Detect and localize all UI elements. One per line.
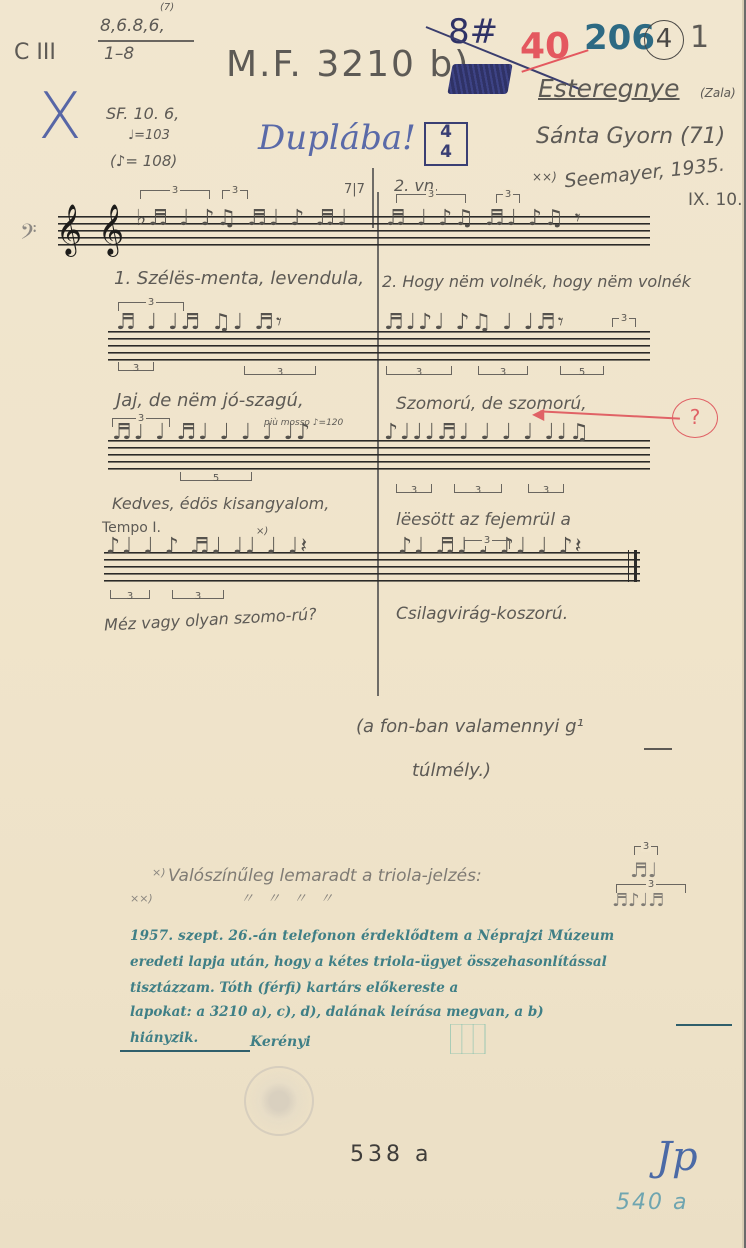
rest-marks: 7|7 bbox=[344, 182, 365, 197]
footnote-marker-double: ××) bbox=[532, 170, 557, 184]
triplet-bracket: 3 bbox=[634, 846, 658, 855]
faded-stamp-mark bbox=[450, 1024, 486, 1054]
teal-note-line-2: eredeti lapja után, hogy a kétes triola-… bbox=[130, 954, 607, 970]
final-barline bbox=[634, 550, 637, 582]
triplet-bracket: 3 bbox=[612, 318, 636, 327]
trailing-number: 1 bbox=[690, 20, 709, 55]
collection-date: IX. 10. bbox=[688, 190, 743, 210]
lyrics-line-3-right: lëesött az fejemrül a bbox=[396, 510, 571, 530]
fon-note-line-1: (a fon-ban valamennyi g¹ bbox=[356, 716, 584, 737]
lyrics-line-2-left: Jaj, de nëm jó-szagú, bbox=[116, 390, 304, 411]
triplet-bracket: 3 bbox=[222, 190, 248, 199]
notes-measure-6: ♪♩♩♩♬♩ ♩ ♩ ♩ ♩♩♫ bbox=[384, 420, 591, 445]
time-signature-bottom: 4 bbox=[426, 142, 466, 162]
bass-clef-sketch: 𝄢 bbox=[20, 220, 37, 251]
teal-note-line-1: 1957. szept. 26.-án telefonon érdeklődte… bbox=[130, 928, 614, 944]
fon-note-line-2: túlmély.) bbox=[412, 760, 491, 781]
collector: Seemayer, 1935. bbox=[563, 154, 725, 193]
triplet-bracket: 3 bbox=[396, 194, 466, 203]
crossed-red-number: 40 bbox=[520, 26, 570, 67]
duplabra-instruction: Duplába! bbox=[258, 118, 416, 158]
notes-measure-2: ♬ ♩ ♪♫ ♬♩ ♪♫ 𝄾 bbox=[386, 206, 583, 231]
quintuplet-bracket: 5 bbox=[180, 472, 252, 481]
treble-clef-icon: 𝄞 bbox=[98, 208, 124, 252]
teal-page-number: 540 a bbox=[616, 1190, 688, 1215]
blue-initials: Jp bbox=[656, 1134, 698, 1180]
red-question-circle: ? bbox=[672, 398, 718, 438]
triplet-bracket: 3 bbox=[110, 590, 150, 599]
quintuplet-bracket: 5 bbox=[560, 366, 604, 375]
triplet-bracket: 3 bbox=[528, 484, 564, 493]
triplet-bracket: 3 bbox=[118, 302, 184, 311]
triplet-bracket: 3 bbox=[616, 884, 686, 893]
scribbled-out-number bbox=[447, 64, 512, 94]
footnote-2-mark: ××) bbox=[130, 892, 153, 905]
lyrics-line-1-right: 2. Hogy nëm volnék, hogy nëm volnék bbox=[382, 272, 691, 291]
lyrics-line-1-left: 1. Szélës-menta, levendula, bbox=[114, 268, 364, 289]
triplet-bracket: 3 bbox=[112, 418, 170, 427]
place-name: Esteregnye bbox=[538, 74, 680, 103]
teal-note-line-3: tisztázzam. Tóth (férfi) kartárs előkere… bbox=[130, 980, 458, 996]
tempo-quarter: ♩=103 bbox=[128, 128, 170, 143]
final-barline-thin bbox=[628, 550, 629, 582]
page-number: 538 a bbox=[350, 1142, 432, 1167]
triplet-bracket: 3 bbox=[464, 540, 510, 549]
circled-number-ring: 4 bbox=[644, 20, 684, 60]
triplet-bracket: 3 bbox=[118, 362, 154, 371]
fon-note-underline bbox=[644, 748, 672, 750]
catalog-number: M.F. 3210 b) bbox=[226, 44, 470, 85]
triplet-bracket: 3 bbox=[140, 190, 210, 199]
footnote-2-rhythm: ♬♪♩♬ bbox=[612, 890, 664, 911]
triplet-bracket: 3 bbox=[496, 194, 520, 203]
notes-measure-3: ♬ ♩ ♩♬ ♫♩ ♬𝄾 bbox=[116, 310, 284, 335]
range: 1–8 bbox=[104, 44, 134, 64]
footnote-1-text: Valószínűleg lemaradt a triola-jelzés: bbox=[168, 866, 482, 886]
teal-note-line-4: lapokat: a 3210 a), c), d), dalának leír… bbox=[130, 1004, 544, 1020]
triplet-bracket: 3 bbox=[396, 484, 432, 493]
footnote-2-ditto: 〃 〃 〃 〃 bbox=[240, 888, 337, 908]
staff-system-2 bbox=[108, 331, 650, 361]
teal-underline bbox=[676, 1024, 732, 1026]
county: (Zala) bbox=[700, 86, 736, 100]
treble-clef-icon: 𝄞 bbox=[56, 208, 82, 252]
cross-mark: X bbox=[38, 80, 82, 154]
footnote-1-mark: ×) bbox=[152, 866, 166, 879]
meter-note: (7) bbox=[160, 2, 174, 13]
notes-measure-1: ♭♬ ♩ ♪♫ ♬♩ ♪ ♬♩ bbox=[136, 206, 349, 231]
red-question-mark: ? bbox=[673, 405, 717, 429]
notes-measure-4: ♬♩♪♩ ♪♫ ♩ ♩♬𝄾 bbox=[384, 310, 566, 335]
performer: Sánta Gyorn (71) bbox=[536, 124, 725, 149]
tempo-eighth: (♪= 108) bbox=[110, 152, 177, 170]
red-arrow-line bbox=[540, 410, 680, 419]
lyrics-line-3-left: Kedves, édös kisangyalom, bbox=[112, 494, 329, 513]
fraction-bar bbox=[98, 40, 194, 42]
teal-signature-underline bbox=[120, 1050, 250, 1052]
teal-signature: Kerényi bbox=[250, 1034, 311, 1050]
notes-measure-7: ♪♩ ♩ ♪ ♬♩ ♩♩ ♩ ♩𝄽 bbox=[106, 534, 309, 559]
time-signature-top: 4 bbox=[426, 122, 466, 142]
triplet-bracket: 3 bbox=[454, 484, 502, 493]
triplet-bracket: 3 bbox=[244, 366, 316, 375]
triplet-bracket: 3 bbox=[172, 590, 224, 599]
circled-number: 4 bbox=[645, 24, 683, 54]
lyrics-line-4-left: Méz vagy olyan szomo-rú? bbox=[104, 604, 317, 634]
lyrics-line-4-right: Csilagvirág-koszorú. bbox=[396, 604, 568, 624]
meter-numbers: 8,6.8,6, bbox=[100, 16, 165, 36]
sf-code: SF. 10. 6, bbox=[106, 104, 179, 123]
section-mark: C III bbox=[14, 40, 56, 65]
manuscript-page: 8,6.8,6, (7) 1–8 C III X SF. 10. 6, ♩=10… bbox=[0, 0, 744, 1248]
time-signature-box: 4 4 bbox=[424, 122, 468, 166]
triplet-bracket: 3 bbox=[478, 366, 528, 375]
faded-round-stamp bbox=[244, 1066, 314, 1136]
teal-note-line-5: hiányzik. bbox=[130, 1030, 198, 1046]
triplet-bracket: 3 bbox=[386, 366, 452, 375]
